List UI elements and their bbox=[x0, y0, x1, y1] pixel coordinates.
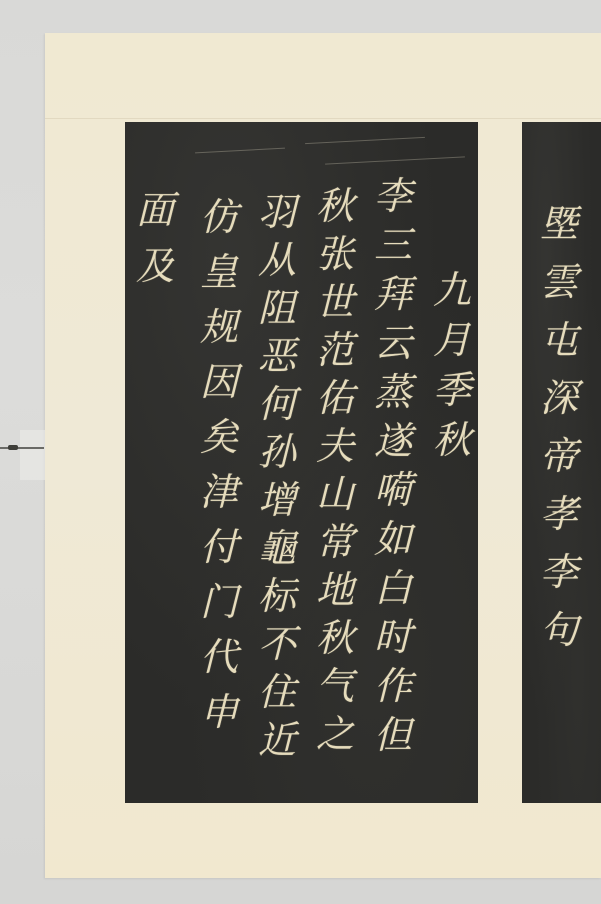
character: 帝 bbox=[540, 427, 578, 485]
character: 矣 bbox=[200, 410, 238, 465]
scratch-mark bbox=[195, 148, 285, 154]
character: 恶 bbox=[258, 332, 296, 380]
character: 屯 bbox=[540, 311, 578, 369]
text-column-6: 面 及 bbox=[136, 182, 174, 294]
character: 季 bbox=[433, 365, 471, 415]
character: 山 bbox=[316, 470, 354, 518]
character: 世 bbox=[316, 278, 354, 326]
character: 地 bbox=[316, 566, 354, 614]
page-crease bbox=[45, 118, 601, 119]
character: 及 bbox=[136, 238, 174, 294]
clip-icon bbox=[8, 445, 18, 450]
scratch-mark bbox=[325, 156, 465, 164]
character: 遂 bbox=[374, 417, 412, 466]
character: 门 bbox=[200, 575, 238, 630]
character: 秋 bbox=[433, 415, 471, 465]
character: 三 bbox=[374, 221, 412, 270]
character: 句 bbox=[540, 601, 578, 659]
character: 但 bbox=[374, 711, 412, 760]
text-column-1: 九 月 季 秋 bbox=[433, 265, 471, 465]
character: 秋 bbox=[316, 182, 354, 230]
character: 时 bbox=[374, 613, 412, 662]
character: 嗬 bbox=[374, 466, 412, 515]
character: 因 bbox=[200, 355, 238, 410]
character: 白 bbox=[374, 564, 412, 613]
character: 雲 bbox=[540, 253, 578, 311]
character: 付 bbox=[200, 520, 238, 575]
character: 塈 bbox=[540, 195, 578, 253]
character: 月 bbox=[433, 315, 471, 365]
character: 皇 bbox=[200, 245, 238, 300]
character: 仿 bbox=[200, 190, 238, 245]
character: 住 bbox=[258, 668, 296, 716]
character: 近 bbox=[258, 716, 296, 764]
character: 佑 bbox=[316, 374, 354, 422]
text-column-2: 李 三 拜 云 蒸 遂 嗬 如 白 时 作 但 bbox=[374, 172, 412, 760]
character: 张 bbox=[316, 230, 354, 278]
character: 九 bbox=[433, 265, 471, 315]
character: 秋 bbox=[316, 614, 354, 662]
character: 申 bbox=[200, 685, 238, 740]
character: 阻 bbox=[258, 284, 296, 332]
character: 龜 bbox=[258, 524, 296, 572]
character: 常 bbox=[316, 518, 354, 566]
character: 之 bbox=[316, 710, 354, 758]
character: 如 bbox=[374, 515, 412, 564]
text-column-3: 秋 张 世 范 佑 夫 山 常 地 秋 气 之 bbox=[316, 182, 354, 758]
text-column-right: 塈 雲 屯 深 帝 孝 李 句 bbox=[540, 195, 578, 659]
mount-tab bbox=[20, 430, 45, 480]
character: 范 bbox=[316, 326, 354, 374]
character: 孝 bbox=[540, 485, 578, 543]
character: 气 bbox=[316, 662, 354, 710]
character: 标 bbox=[258, 572, 296, 620]
character: 作 bbox=[374, 662, 412, 711]
character: 增 bbox=[258, 476, 296, 524]
rubbing-panel-left bbox=[125, 122, 478, 803]
character: 何 bbox=[258, 380, 296, 428]
character: 蒸 bbox=[374, 368, 412, 417]
character: 代 bbox=[200, 630, 238, 685]
character: 从 bbox=[258, 236, 296, 284]
character: 不 bbox=[258, 620, 296, 668]
character: 拜 bbox=[374, 270, 412, 319]
character: 规 bbox=[200, 300, 238, 355]
character: 深 bbox=[540, 369, 578, 427]
character: 夫 bbox=[316, 422, 354, 470]
character: 孙 bbox=[258, 428, 296, 476]
character: 云 bbox=[374, 319, 412, 368]
text-column-4: 羽 从 阻 恶 何 孙 增 龜 标 不 住 近 bbox=[258, 188, 296, 764]
character: 李 bbox=[374, 172, 412, 221]
character: 羽 bbox=[258, 188, 296, 236]
character: 面 bbox=[136, 182, 174, 238]
text-column-5: 仿 皇 规 因 矣 津 付 门 代 申 bbox=[200, 190, 238, 740]
character: 津 bbox=[200, 465, 238, 520]
clip-wire bbox=[0, 447, 44, 449]
character: 李 bbox=[540, 543, 578, 601]
scratch-mark bbox=[305, 137, 425, 144]
